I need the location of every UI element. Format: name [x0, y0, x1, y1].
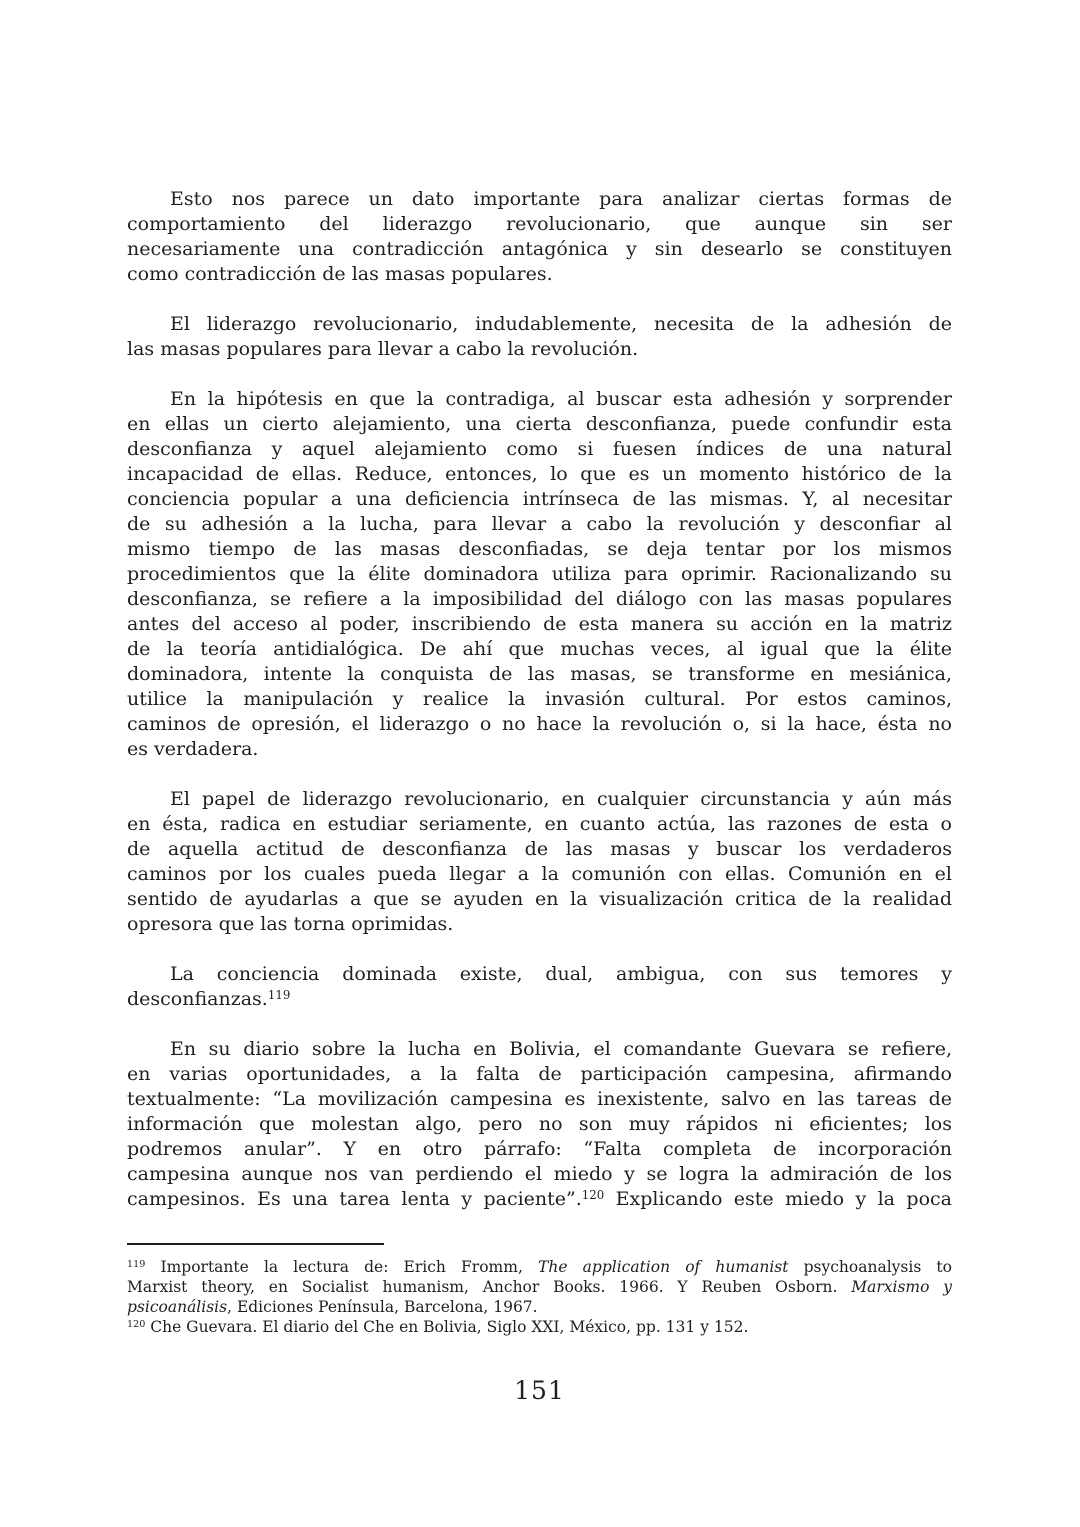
text-line: psicoanálisis, Ediciones Península, Barc… [127, 1297, 952, 1317]
text-line: Marxist theory, en Socialist humanism, A… [127, 1277, 952, 1297]
text-segment: en ésta, radica en estudiar seriamente, … [127, 813, 952, 835]
text-line: desconfianzas.119 [127, 987, 952, 1012]
text-line: 120 Che Guevara. El diario del Che en Bo… [127, 1317, 952, 1337]
footnote-separator-rule [127, 1243, 384, 1245]
paragraph: El liderazgo revolucionario, indudableme… [127, 312, 952, 362]
text-line: necesariamente una contradicción antagón… [127, 237, 952, 262]
text-segment: Che Guevara. El diario del Che en Bolivi… [145, 1318, 748, 1336]
text-line: En su diario sobre la lucha en Bolivia, … [127, 1037, 952, 1062]
text-segment: como contradicción de las masas populare… [127, 263, 553, 285]
text-segment: las masas populares para llevar a cabo l… [127, 338, 638, 360]
text-segment: caminos de opresión, el liderazgo o no h… [127, 713, 952, 735]
text-line: textualmente: “La movilización campesina… [127, 1087, 952, 1112]
text-line: desconfianza, se refiere a la imposibili… [127, 587, 952, 612]
body-paragraphs: Esto nos parece un dato importante para … [127, 187, 952, 1212]
text-line: mismo tiempo de las masas desconfiadas, … [127, 537, 952, 562]
text-line: en ellas un cierto alejamiento, una cier… [127, 412, 952, 437]
text-line: en varias oportunidades, a la falta de p… [127, 1062, 952, 1087]
text-segment: sentido de ayudarlas a que se ayuden en … [127, 888, 952, 910]
text-line: información que molestan algo, pero no s… [127, 1112, 952, 1137]
text-segment: campesina aunque nos van perdiendo el mi… [127, 1163, 952, 1185]
text-segment: Explicando este miedo y la poca [604, 1188, 952, 1210]
text-segment: El papel de liderazgo revolucionario, en… [170, 788, 952, 810]
footnote-note: 120 Che Guevara. El diario del Che en Bo… [127, 1317, 952, 1337]
text-segment: En su diario sobre la lucha en Bolivia, … [170, 1038, 952, 1060]
text-segment: El liderazgo revolucionario, indudableme… [170, 313, 952, 335]
text-line: comportamiento del liderazgo revoluciona… [127, 212, 952, 237]
text-line: opresora que las torna oprimidas. [127, 912, 952, 937]
text-line: campesina aunque nos van perdiendo el mi… [127, 1162, 952, 1187]
text-segment: campesinos. Es una tarea lenta y pacient… [127, 1188, 582, 1210]
footnotes-section: 119 Importante la lectura de: Erich From… [127, 1257, 952, 1337]
text-segment: desconfianzas. [127, 988, 268, 1010]
text-segment: utilice la manipulación y realice la inv… [127, 688, 952, 710]
text-line: El papel de liderazgo revolucionario, en… [127, 787, 952, 812]
text-segment: comportamiento del liderazgo revoluciona… [127, 213, 952, 235]
text-line: en ésta, radica en estudiar seriamente, … [127, 812, 952, 837]
text-segment: mismo tiempo de las masas desconfiadas, … [127, 538, 952, 560]
footnote-ref: 120 [127, 1319, 145, 1330]
paragraph: En la hipótesis en que la contradiga, al… [127, 387, 952, 762]
footnote-ref: 119 [127, 1259, 145, 1270]
text-line: campesinos. Es una tarea lenta y pacient… [127, 1187, 952, 1212]
footnote-ref: 119 [268, 988, 290, 1002]
text-segment: Marxist theory, en Socialist humanism, A… [127, 1278, 851, 1296]
text-line: caminos por los cuales pueda llegar a la… [127, 862, 952, 887]
footnote-note: 119 Importante la lectura de: Erich From… [127, 1257, 952, 1317]
text-line: En la hipótesis en que la contradiga, al… [127, 387, 952, 412]
text-segment: información que molestan algo, pero no s… [127, 1113, 952, 1135]
text-segment: caminos por los cuales pueda llegar a la… [127, 863, 952, 885]
text-line: de la teoría antidialógica. De ahí que m… [127, 637, 952, 662]
page-number: 151 [127, 1376, 952, 1405]
text-segment: Esto nos parece un dato importante para … [170, 188, 952, 210]
text-line: de aquella actitud de desconfianza de la… [127, 837, 952, 862]
document-page: Esto nos parece un dato importante para … [0, 0, 1080, 1527]
footnote-ref: 120 [582, 1188, 604, 1202]
text-line: sentido de ayudarlas a que se ayuden en … [127, 887, 952, 912]
text-segment: antes del acceso al poder, inscribiendo … [127, 613, 952, 635]
text-segment: necesariamente una contradicción antagón… [127, 238, 952, 260]
paragraph: La conciencia dominada existe, dual, amb… [127, 962, 952, 1012]
text-line: las masas populares para llevar a cabo l… [127, 337, 952, 362]
text-segment: La conciencia dominada existe, dual, amb… [170, 963, 952, 985]
paragraph: Esto nos parece un dato importante para … [127, 187, 952, 287]
text-segment: dominadora, intente la conquista de las … [127, 663, 952, 685]
text-line: utilice la manipulación y realice la inv… [127, 687, 952, 712]
text-line: desconfianza y aquel alejamiento como si… [127, 437, 952, 462]
paragraph: El papel de liderazgo revolucionario, en… [127, 787, 952, 937]
text-block: Esto nos parece un dato importante para … [127, 187, 952, 1405]
text-segment: desconfianza, se refiere a la imposibili… [127, 588, 952, 610]
text-line: como contradicción de las masas populare… [127, 262, 952, 287]
text-segment: conciencia popular a una deficiencia int… [127, 488, 952, 510]
text-segment: procedimientos que la élite dominadora u… [127, 563, 952, 585]
text-segment: textualmente: “La movilización campesina… [127, 1088, 952, 1110]
text-segment: en ellas un cierto alejamiento, una cier… [127, 413, 952, 435]
text-segment: Importante la lectura de: Erich Fromm, [145, 1258, 538, 1276]
italic-text: The application of humanist [538, 1258, 788, 1276]
text-line: La conciencia dominada existe, dual, amb… [127, 962, 952, 987]
italic-text: psicoanálisis [127, 1298, 227, 1316]
text-segment: de aquella actitud de desconfianza de la… [127, 838, 952, 860]
text-line: podremos anular”. Y en otro párrafo: “Fa… [127, 1137, 952, 1162]
text-segment: es verdadera. [127, 738, 258, 760]
text-segment: en varias oportunidades, a la falta de p… [127, 1063, 952, 1085]
text-segment: En la hipótesis en que la contradiga, al… [170, 388, 952, 410]
text-segment: desconfianza y aquel alejamiento como si… [127, 438, 952, 460]
paragraph: En su diario sobre la lucha en Bolivia, … [127, 1037, 952, 1212]
text-line: Esto nos parece un dato importante para … [127, 187, 952, 212]
text-line: caminos de opresión, el liderazgo o no h… [127, 712, 952, 737]
text-segment: opresora que las torna oprimidas. [127, 913, 453, 935]
text-segment: de la teoría antidialógica. De ahí que m… [127, 638, 952, 660]
text-segment: podremos anular”. Y en otro párrafo: “Fa… [127, 1138, 952, 1160]
italic-text: Marxismo y [851, 1278, 952, 1296]
text-line: conciencia popular a una deficiencia int… [127, 487, 952, 512]
text-segment: incapacidad de ellas. Reduce, entonces, … [127, 463, 952, 485]
text-line: dominadora, intente la conquista de las … [127, 662, 952, 687]
text-line: El liderazgo revolucionario, indudableme… [127, 312, 952, 337]
text-segment: de su adhesión a la lucha, para llevar a… [127, 513, 952, 535]
text-line: 119 Importante la lectura de: Erich From… [127, 1257, 952, 1277]
text-segment: , Ediciones Península, Barcelona, 1967. [227, 1298, 538, 1316]
text-line: de su adhesión a la lucha, para llevar a… [127, 512, 952, 537]
text-line: procedimientos que la élite dominadora u… [127, 562, 952, 587]
text-line: es verdadera. [127, 737, 952, 762]
text-segment: psychoanalysis to [788, 1258, 952, 1276]
text-line: incapacidad de ellas. Reduce, entonces, … [127, 462, 952, 487]
text-line: antes del acceso al poder, inscribiendo … [127, 612, 952, 637]
